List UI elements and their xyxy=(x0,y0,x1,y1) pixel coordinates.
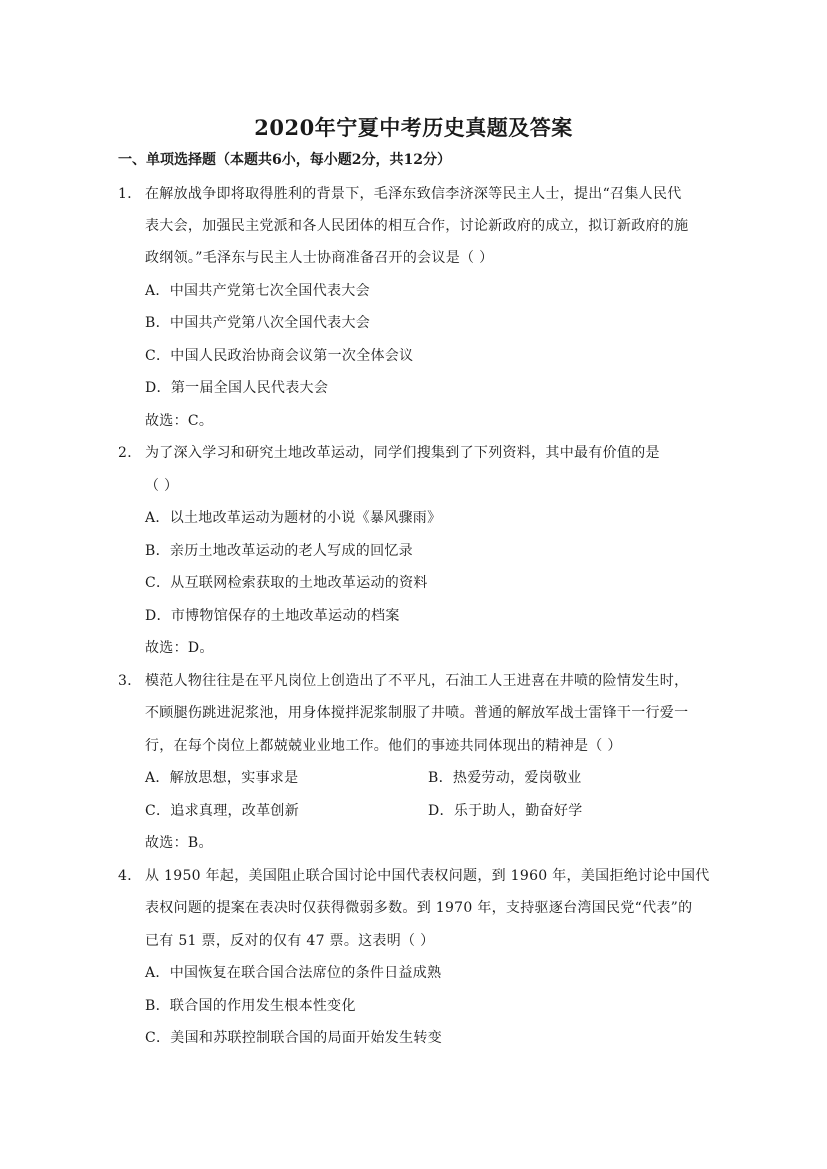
question-number: 3． xyxy=(118,670,142,690)
question-text-line: 在解放战争即将取得胜利的背景下，毛泽东致信李济深等民主人士，提出“召集人民代 xyxy=(145,183,682,203)
question-text-line: 为了深入学习和研究土地改革运动，同学们搜集到了下列资料，其中最有价值的是 xyxy=(145,442,660,462)
answer: 故选：D。 xyxy=(145,637,214,657)
option-c: C．从互联网检索获取的土地改革运动的资料 xyxy=(145,572,428,592)
question-number: 2． xyxy=(118,442,142,462)
answer: 故选：B。 xyxy=(145,832,213,852)
question-number: 4． xyxy=(118,865,142,885)
document-page: 2020年宁夏中考历史真题及答案 一、单项选择题（本题共6小，每小题2分，共12… xyxy=(0,0,827,1169)
question-text-line: 行，在每个岗位上都兢兢业业地工作。他们的事迹共同体现出的精神是（ ） xyxy=(145,735,622,755)
document-title: 2020年宁夏中考历史真题及答案 xyxy=(0,112,827,142)
option-d: D．乐于助人，勤奋好学 xyxy=(428,800,583,820)
option-d: D．第一届全国人民代表大会 xyxy=(145,377,328,397)
question-text-line: 不顾腿伤跳进泥浆池，用身体搅拌泥浆制服了井喷。普通的解放军战士雷锋干一行爱一 xyxy=(145,702,688,722)
option-c: C．中国人民政治协商会议第一次全体会议 xyxy=(145,345,413,365)
question-text-line: 从 1950 年起，美国阻止联合国讨论中国代表权问题，到 1960 年，美国拒绝… xyxy=(145,865,710,885)
option-d: D．市博物馆保存的土地改革运动的档案 xyxy=(145,605,400,625)
answer: 故选：C。 xyxy=(145,410,213,430)
option-b: B．中国共产党第八次全国代表大会 xyxy=(145,312,370,332)
question-text-line: 政纲领。”毛泽东与民主人士协商准备召开的会议是（ ） xyxy=(145,247,493,267)
option-b: B．联合国的作用发生根本性变化 xyxy=(145,995,356,1015)
option-a: A．解放思想，实事求是 xyxy=(145,767,298,787)
option-a: A．中国恢复在联合国合法席位的条件日益成熟 xyxy=(145,962,441,982)
option-b: B．热爱劳动，爱岗敬业 xyxy=(428,767,582,787)
question-text-line: 表大会，加强民主党派和各人民团体的相互合作，讨论新政府的成立，拟订新政府的施 xyxy=(145,215,688,235)
question-number: 1． xyxy=(118,183,142,203)
question-text-line: 模范人物往往是在平凡岗位上创造出了不平凡，石油工人王进喜在井喷的险情发生时， xyxy=(145,670,688,690)
question-text-line: 已有 51 票，反对的仅有 47 票。这表明（ ） xyxy=(145,930,434,950)
question-text-line: 表权问题的提案在表决时仅获得微弱多数。到 1970 年，支持驱逐台湾国民党“代表… xyxy=(145,897,692,917)
section-heading: 一、单项选择题（本题共6小，每小题2分，共12分） xyxy=(118,149,451,169)
option-a: A．以土地改革运动为题材的小说《暴风骤雨》 xyxy=(145,507,441,527)
option-a: A．中国共产党第七次全国代表大会 xyxy=(145,280,370,300)
option-c: C．追求真理，改革创新 xyxy=(145,800,299,820)
option-b: B．亲历土地改革运动的老人写成的回忆录 xyxy=(145,540,413,560)
option-c: C．美国和苏联控制联合国的局面开始发生转变 xyxy=(145,1027,442,1047)
question-text-line: （ ） xyxy=(145,475,178,495)
